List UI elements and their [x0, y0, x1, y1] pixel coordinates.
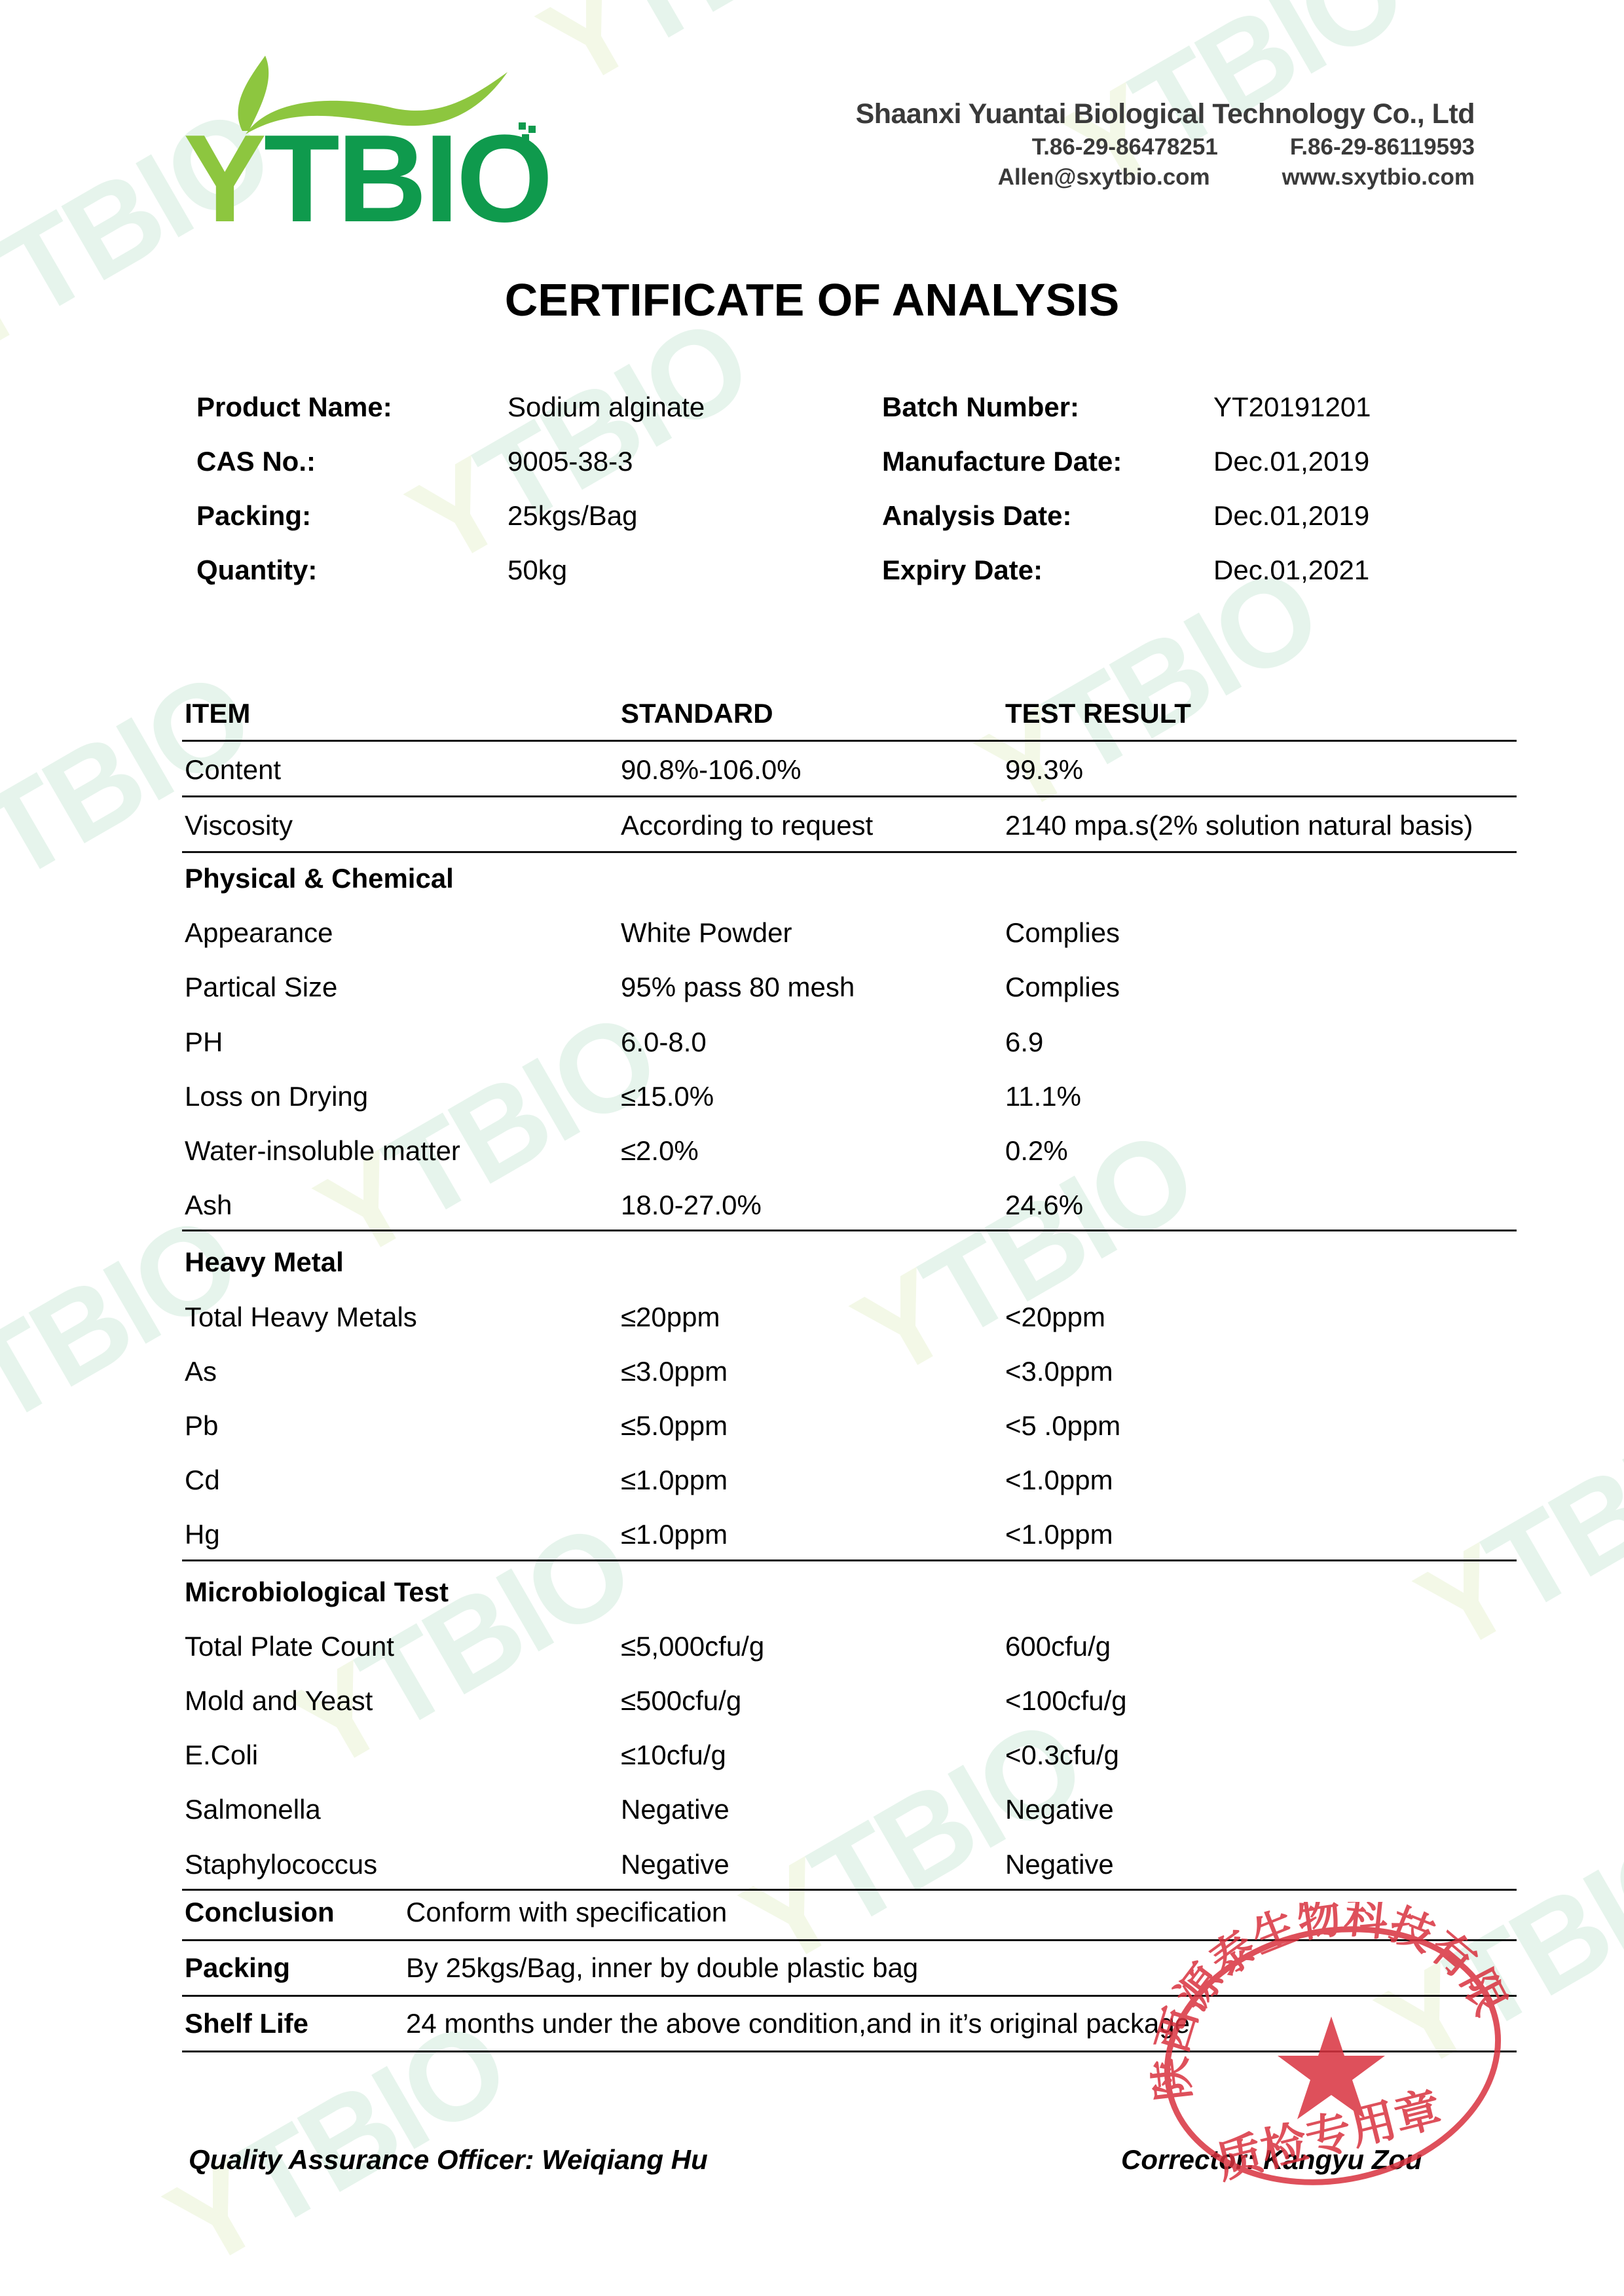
result-cell: 2140 mpa.s(2% solution natural basis): [1005, 810, 1473, 841]
result-cell: TEST RESULT: [1005, 698, 1191, 729]
standard-cell: White Powder: [621, 917, 792, 949]
result-cell: <3.0ppm: [1005, 1356, 1113, 1387]
standard-cell: ≤500cfu/g: [621, 1685, 741, 1717]
item-cell: Microbiological Test: [185, 1576, 449, 1608]
summary-value: 24 months under the above condition,and …: [406, 2008, 1190, 2039]
standard-cell: ≤1.0ppm: [621, 1465, 728, 1496]
summary-label: Packing: [185, 1952, 290, 1984]
standard-cell: 6.0-8.0: [621, 1027, 707, 1058]
standard-cell: ≤2.0%: [621, 1135, 699, 1167]
item-cell: Salmonella: [185, 1794, 321, 1825]
table-divider: [182, 1889, 1517, 1891]
company-seal-stamp: 陕西源泰生物科技有限公司 质检专用章: [1136, 1902, 1529, 2203]
result-cell: Negative: [1005, 1794, 1114, 1825]
standard-cell: ≤5,000cfu/g: [621, 1631, 764, 1662]
item-cell: As: [185, 1356, 217, 1387]
result-cell: <1.0ppm: [1005, 1465, 1113, 1496]
table-divider: [182, 1230, 1517, 1231]
result-cell: Complies: [1005, 917, 1120, 949]
item-cell: Physical & Chemical: [185, 863, 454, 894]
table-divider: [182, 740, 1517, 742]
result-cell: 0.2%: [1005, 1135, 1068, 1167]
result-cell: <5 .0ppm: [1005, 1410, 1120, 1442]
table-divider: [182, 795, 1517, 797]
standard-cell: 90.8%-106.0%: [621, 754, 802, 786]
item-cell: Pb: [185, 1410, 218, 1442]
result-cell: 600cfu/g: [1005, 1631, 1111, 1662]
item-cell: Cd: [185, 1465, 220, 1496]
standard-cell: ≤5.0ppm: [621, 1410, 728, 1442]
item-cell: Loss on Drying: [185, 1081, 368, 1112]
standard-cell: 95% pass 80 mesh: [621, 972, 855, 1003]
standard-cell: STANDARD: [621, 698, 773, 729]
standard-cell: Negative: [621, 1794, 729, 1825]
item-cell: ITEM: [185, 698, 250, 729]
svg-text:质检专用章: 质检专用章: [1211, 2082, 1446, 2189]
standard-cell: 18.0-27.0%: [621, 1190, 762, 1221]
standard-cell: ≤1.0ppm: [621, 1519, 728, 1550]
summary-value: Conform with specification: [406, 1897, 727, 1928]
item-cell: Partical Size: [185, 972, 337, 1003]
watermark-letter-y: Y: [0, 786, 28, 946]
standard-cell: According to request: [621, 810, 873, 841]
item-cell: Hg: [185, 1519, 220, 1550]
result-cell: Negative: [1005, 1849, 1114, 1880]
table-divider: [182, 851, 1517, 853]
item-cell: Viscosity: [185, 810, 293, 841]
standard-cell: ≤20ppm: [621, 1302, 720, 1333]
result-cell: <100cfu/g: [1005, 1685, 1127, 1717]
result-cell: <1.0ppm: [1005, 1519, 1113, 1550]
result-cell: 6.9: [1005, 1027, 1043, 1058]
result-cell: Complies: [1005, 972, 1120, 1003]
summary-label: Conclusion: [185, 1897, 335, 1928]
item-cell: Ash: [185, 1190, 232, 1221]
result-cell: 99.3%: [1005, 754, 1083, 786]
item-cell: Heavy Metal: [185, 1247, 344, 1278]
item-cell: Appearance: [185, 917, 333, 949]
item-cell: Total Plate Count: [185, 1631, 394, 1662]
summary-value: By 25kgs/Bag, inner by double plastic ba…: [406, 1952, 918, 1984]
watermark-letter-y: Y: [0, 1330, 15, 1489]
summary-label: Shelf Life: [185, 2008, 308, 2039]
item-cell: Staphylococcus: [185, 1849, 377, 1880]
standard-cell: ≤15.0%: [621, 1081, 714, 1112]
item-cell: Water-insoluble matter: [185, 1135, 460, 1167]
result-cell: 11.1%: [1005, 1081, 1081, 1112]
item-cell: Mold and Yeast: [185, 1685, 373, 1717]
item-cell: PH: [185, 1027, 223, 1058]
result-cell: 24.6%: [1005, 1190, 1083, 1221]
item-cell: Content: [185, 754, 281, 786]
result-cell: <0.3cfu/g: [1005, 1740, 1119, 1771]
standard-cell: Negative: [621, 1849, 729, 1880]
standard-cell: ≤3.0ppm: [621, 1356, 728, 1387]
item-cell: Total Heavy Metals: [185, 1302, 417, 1333]
qa-officer-signature: Quality Assurance Officer: Weiqiang Hu: [189, 2144, 708, 2176]
result-cell: <20ppm: [1005, 1302, 1105, 1333]
item-cell: E.Coli: [185, 1740, 258, 1771]
seal-icon: 陕西源泰生物科技有限公司 质检专用章: [1136, 1902, 1529, 2203]
table-divider: [182, 1559, 1517, 1561]
standard-cell: ≤10cfu/g: [621, 1740, 726, 1771]
